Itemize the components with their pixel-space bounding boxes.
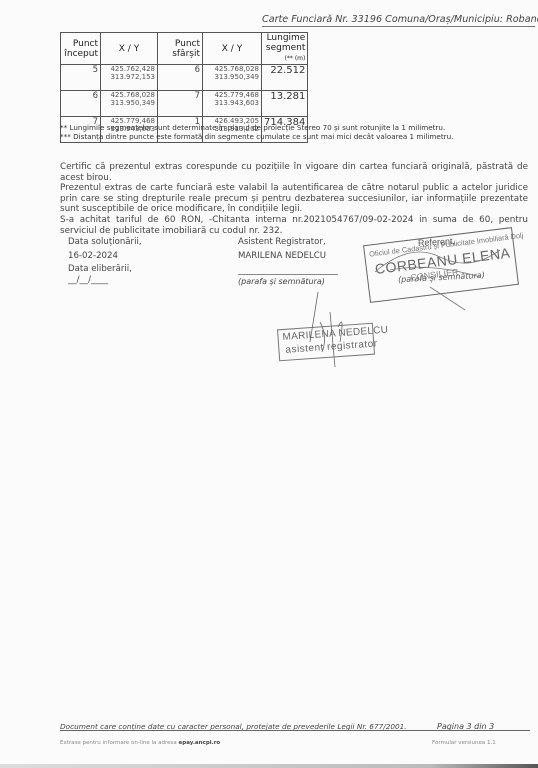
start-point: 5 <box>61 65 101 91</box>
start-x: 425.762,428 <box>110 65 155 73</box>
table-row: 6 425.768,028313.950,349 7 425.779,46831… <box>61 91 308 117</box>
date-resolved-label: Data soluționării, <box>68 236 142 249</box>
date-resolved-value: 16-02-2024 <box>68 250 118 263</box>
form-version: Formular versiunea 1.1 <box>432 740 496 746</box>
header-length-label: Lungime segment <box>266 33 305 53</box>
end-coords: 425.779,468313.943,603 <box>203 91 262 117</box>
end-x: 425.768,028 <box>214 65 259 73</box>
end-point: 7 <box>158 91 203 117</box>
start-y: 313.950,349 <box>110 99 155 107</box>
footer-divider <box>60 730 530 731</box>
assistant-title: Asistent Registrator, <box>238 236 326 249</box>
referent-signature-scribble <box>370 232 510 312</box>
table-notes: ** Lungimile segmentelor sunt determinat… <box>60 124 453 141</box>
start-x: 425.768,028 <box>110 91 155 99</box>
end-coords: 425.768,028313.950,349 <box>203 65 262 91</box>
start-coords: 425.768,028313.950,349 <box>101 91 158 117</box>
date-issued-value: __/__/____ <box>68 274 108 287</box>
scan-edge-shadow <box>0 764 538 768</box>
segment-length: 13.281 <box>262 91 308 117</box>
online-prefix: Extrase pentru informare on-line la adre… <box>60 740 177 746</box>
header-start-point: Punct început <box>61 33 101 65</box>
paragraph-certify: Certific că prezentul extras corespunde … <box>60 162 528 183</box>
end-y: 313.943,603 <box>214 99 259 107</box>
start-point: 6 <box>61 91 101 117</box>
online-site-link[interactable]: epay.ancpi.ro <box>179 740 221 746</box>
header-end-point: Punct sfârșit <box>158 33 203 65</box>
end-y: 313.950,349 <box>214 73 259 81</box>
assistant-signature-scribble <box>300 292 360 372</box>
start-y: 313.972,153 <box>110 73 155 81</box>
document-header: Carte Funciară Nr. 33196 Comuna/Oraș/Mun… <box>262 14 535 27</box>
assistant-sign-label: (parafa și semnătura) <box>238 275 325 288</box>
online-note: Extrase pentru informare on-line la adre… <box>60 740 220 746</box>
table-row: 5 425.762,428313.972,153 6 425.768,02831… <box>61 65 308 91</box>
header-xy-end: X / Y <box>203 33 262 65</box>
table-header-row: Punct început X / Y Punct sfârșit X / Y … <box>61 33 308 65</box>
assistant-name: MARILENA NEDELCU <box>238 250 326 263</box>
start-coords: 425.762,428313.972,153 <box>101 65 158 91</box>
header-length: Lungime segment (** (m) <box>262 33 308 65</box>
paragraph-validity: Prezentul extras de carte funciară este … <box>60 183 528 215</box>
segment-length: 22.512 <box>262 65 308 91</box>
note-distance: *** Distanța dintre puncte este formată … <box>60 133 453 142</box>
certification-text: Certific că prezentul extras corespunde … <box>60 162 528 236</box>
end-x: 425.779,468 <box>214 91 259 99</box>
header-xy-start: X / Y <box>101 33 158 65</box>
end-point: 6 <box>158 65 203 91</box>
header-length-unit: (** (m) <box>285 55 306 62</box>
